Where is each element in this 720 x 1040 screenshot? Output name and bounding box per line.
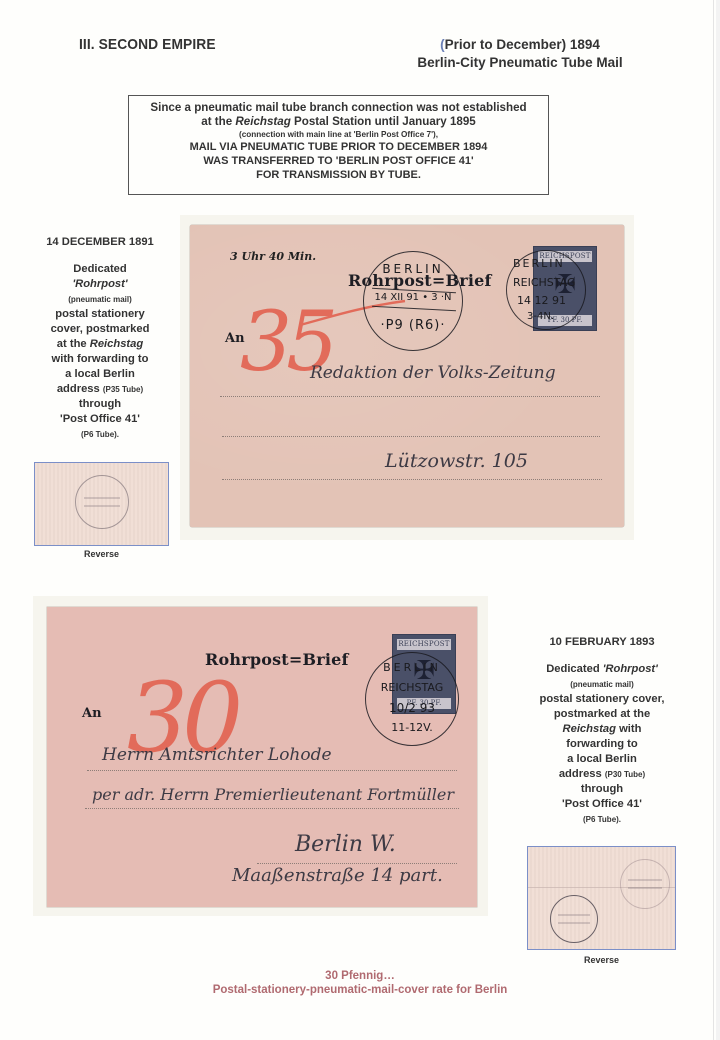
reverse-postmark <box>550 895 598 943</box>
address-street: Lützowstr. 105 <box>385 450 528 472</box>
reverse-label: Reverse <box>34 549 169 559</box>
period-heading: (Prior to December) 1894 <box>380 36 660 54</box>
address-line <box>85 808 459 809</box>
address-line <box>257 863 457 864</box>
info-line: FOR TRANSMISSION BY TUBE. <box>129 168 548 182</box>
cover-caption-1891: 14 DECEMBER 1891 Dedicated 'Rohrpost' (p… <box>20 236 180 442</box>
address-care-of: per adr. Herrn Premierlieutenant Fortmül… <box>92 785 454 804</box>
address-line <box>87 770 457 771</box>
address-line <box>220 396 600 397</box>
reichstag-postmark: BERLIN REICHSTAG 10/2 93 11-12V. <box>365 652 459 746</box>
reverse-thumbnail-1893[interactable] <box>527 846 676 950</box>
address-recipient: Redaktion der Volks-Zeitung <box>310 363 556 383</box>
info-box: Since a pneumatic mail tube branch conne… <box>128 95 549 195</box>
address-street: Maaßenstraße 14 part. <box>232 865 443 886</box>
rate-footnote: 30 Pfennig… Postal-stationery-pneumatic-… <box>120 969 600 998</box>
cover-date: 10 FEBRUARY 1893 <box>504 636 700 648</box>
cover-image-1891[interactable]: 3 Uhr 40 Min. Rohrpost=Brief An 35 Redak… <box>190 225 624 527</box>
reverse-postmark <box>75 475 129 529</box>
info-line: WAS TRANSFERRED TO 'BERLIN POST OFFICE 4… <box>129 154 548 168</box>
address-line <box>222 436 600 437</box>
tube-postmark: BERLIN 14 XII 91 • 3 ·N ·P9 (R6)· <box>363 251 463 351</box>
cover-description: Dedicated 'Rohrpost' (pneumatic mail) po… <box>504 662 700 827</box>
cover-caption-1893: 10 FEBRUARY 1893 Dedicated 'Rohrpost' (p… <box>504 636 700 827</box>
info-line: Since a pneumatic mail tube branch conne… <box>129 101 548 115</box>
cover-date: 14 DECEMBER 1891 <box>20 236 180 248</box>
info-line: at the Reichstag Postal Station until Ja… <box>129 115 548 129</box>
page-edge <box>713 0 714 1040</box>
cover-description: Dedicated 'Rohrpost' (pneumatic mail) po… <box>20 262 180 442</box>
page-subtitle: Berlin-City Pneumatic Tube Mail <box>380 54 660 72</box>
address-line <box>222 479 602 480</box>
address-city: Berlin W. <box>295 832 396 857</box>
page-header-right: (Prior to December) 1894 Berlin-City Pne… <box>380 36 660 72</box>
time-note: 3 Uhr 40 Min. <box>230 250 316 263</box>
cover-image-1893[interactable]: Rohrpost=Brief An 30 Herrn Amtsrichter L… <box>47 607 477 907</box>
reverse-label: Reverse <box>527 955 676 965</box>
an-label: An <box>82 706 102 721</box>
info-line-small: (connection with main line at 'Berlin Po… <box>129 129 548 140</box>
reichstag-postmark: BERLIN REICHSTAG 14 12 91 3-4N. <box>506 250 586 330</box>
rate-footnote-text: Postal-stationery-pneumatic-mail-cover r… <box>120 983 600 998</box>
section-title: III. SECOND EMPIRE <box>79 36 216 53</box>
page-edge-shadow <box>716 0 720 1040</box>
rate-footnote-title: 30 Pfennig… <box>120 969 600 983</box>
info-line: MAIL VIA PNEUMATIC TUBE PRIOR TO DECEMBE… <box>129 140 548 154</box>
reverse-postmark <box>620 859 670 909</box>
reverse-thumbnail-1891[interactable] <box>34 462 169 546</box>
address-recipient: Herrn Amtsrichter Lohode <box>102 745 332 765</box>
